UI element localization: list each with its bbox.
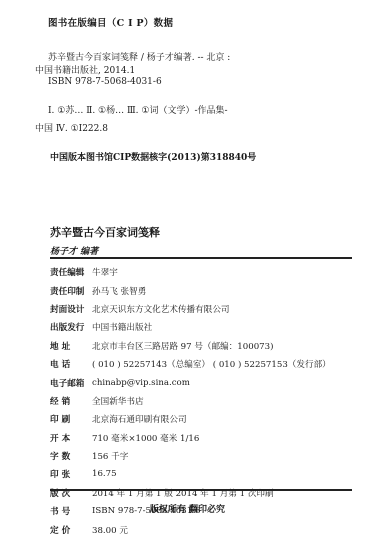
info-label: 电 话 — [50, 358, 92, 370]
cip-verification-number: 中国版本图书馆CIP数据核字(2013)第318840号 — [50, 150, 256, 163]
book-author: 杨子才 编著 — [50, 244, 98, 257]
cip-line-classification: Ⅰ. ①苏… Ⅱ. ①杨… Ⅲ. ①词（文学）-作品集- — [48, 103, 228, 116]
info-value: 北京市丰台区三路居路 97 号（邮编：100073) — [92, 340, 273, 352]
info-value: 牛翠宇 — [92, 266, 118, 278]
info-value: 156 千字 — [92, 450, 128, 462]
info-row-address: 地 址北京市丰台区三路居路 97 号（邮编：100073) — [50, 337, 331, 355]
info-value: 孙马飞 张智勇 — [92, 285, 146, 297]
info-row-price: 定 价38.00 元 — [50, 520, 331, 538]
info-label: 封面设计 — [50, 303, 92, 315]
info-row-edition: 版 次2014 年 1 月第 1 版 2014 年 1 月第 1 次印刷 — [50, 484, 331, 502]
copyright-notice: 版权所有 翻印必究 — [0, 502, 375, 515]
info-row-phone: 电 话( 010 ) 52257143（总编室） ( 010 ) 5225715… — [50, 355, 331, 373]
info-value: 北京海石通印刷有限公司 — [92, 413, 187, 425]
info-label: 印 张 — [50, 468, 92, 480]
cip-line-classification-cont: 中国 Ⅳ. ①I222.8 — [35, 121, 108, 134]
info-label: 印 刷 — [50, 413, 92, 425]
bottom-rule — [50, 489, 352, 491]
cip-line-title: 苏辛暨古今百家词笺释 / 杨子才编著. -- 北京 : — [48, 50, 230, 63]
publication-info-table: 责任编辑牛翠宇 责任印制孙马飞 张智勇 封面设计北京天识东方文化艺术传播有限公司… — [50, 263, 331, 539]
info-row-email: 电子邮箱chinabp@vip.sina.com — [50, 373, 331, 391]
info-label: 字 数 — [50, 450, 92, 462]
info-row-distributor: 经 销全国新华书店 — [50, 392, 331, 410]
info-value: 710 毫米×1000 毫米 1/16 — [92, 432, 199, 444]
info-label: 责任印制 — [50, 285, 92, 297]
book-title: 苏辛暨古今百家词笺释 — [50, 224, 160, 240]
info-value: ( 010 ) 52257143（总编室） ( 010 ) 52257153（发… — [92, 358, 331, 370]
info-label: 经 销 — [50, 395, 92, 407]
info-label: 开 本 — [50, 432, 92, 444]
top-rule — [50, 257, 352, 259]
cip-heading: 图书在版编目（C I P）数据 — [48, 15, 173, 29]
info-row-publisher: 出版发行中国书籍出版社 — [50, 318, 331, 336]
info-value: chinabp@vip.sina.com — [92, 378, 190, 388]
info-value: 北京天识东方文化艺术传播有限公司 — [92, 303, 230, 315]
info-row-word-count: 字 数156 千字 — [50, 447, 331, 465]
info-row-cover-design: 封面设计北京天识东方文化艺术传播有限公司 — [50, 300, 331, 318]
info-row-printer: 印 刷北京海石通印刷有限公司 — [50, 410, 331, 428]
info-label: 责任编辑 — [50, 266, 92, 278]
info-value: 38.00 元 — [92, 524, 128, 536]
info-label: 出版发行 — [50, 321, 92, 333]
info-value: 16.75 — [92, 469, 117, 479]
info-value: 全国新华书店 — [92, 395, 144, 407]
info-row-sheets: 印 张16.75 — [50, 465, 331, 483]
info-label: 地 址 — [50, 340, 92, 352]
info-row-format: 开 本710 毫米×1000 毫米 1/16 — [50, 429, 331, 447]
info-label: 定 价 — [50, 524, 92, 536]
info-value: 中国书籍出版社 — [92, 321, 152, 333]
info-row-print-manager: 责任印制孙马飞 张智勇 — [50, 281, 331, 299]
cip-line-isbn: ISBN 978-7-5068-4031-6 — [48, 77, 162, 87]
cip-line-publisher: 中国书籍出版社, 2014.1 — [35, 63, 135, 76]
info-label: 电子邮箱 — [50, 377, 92, 389]
info-row-editor: 责任编辑牛翠宇 — [50, 263, 331, 281]
